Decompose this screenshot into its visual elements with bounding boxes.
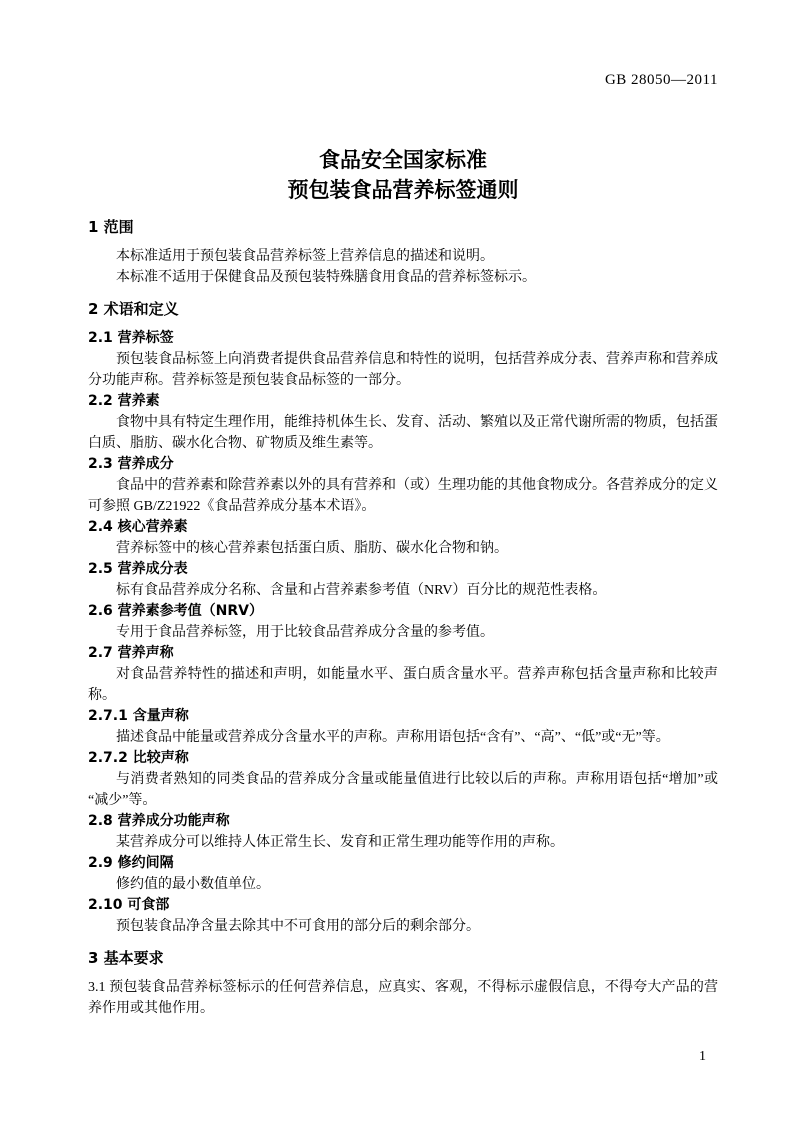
paragraph: 与消费者熟知的同类食品的营养成分含量或能量值进行比较以后的声称。声称用语包括“增… bbox=[88, 769, 718, 811]
paragraph: 专用于食品营养标签，用于比较食品营养成分含量的参考值。 bbox=[88, 622, 718, 643]
page-number: 1 bbox=[699, 1048, 706, 1066]
clause-heading: 2.6 营养素参考值（NRV） bbox=[88, 601, 718, 622]
paragraph: 营养标签中的核心营养素包括蛋白质、脂肪、碳水化合物和钠。 bbox=[88, 538, 718, 559]
clause-heading: 2.2 营养素 bbox=[88, 391, 718, 412]
clause-heading: 2.10 可食部 bbox=[88, 895, 718, 916]
document-title-line1: 食品安全国家标准 bbox=[88, 145, 718, 175]
paragraph: 食品中的营养素和除营养素以外的具有营养和（或）生理功能的其他食物成分。各营养成分… bbox=[88, 475, 718, 517]
section-heading: 3 基本要求 bbox=[88, 948, 718, 969]
clause-heading: 2.7 营养声称 bbox=[88, 643, 718, 664]
clause-heading: 2.3 营养成分 bbox=[88, 454, 718, 475]
document-body: 1 范围本标准适用于预包装食品营养标签上营养信息的描述和说明。本标准不适用于保健… bbox=[88, 217, 718, 1019]
clause-heading: 2.8 营养成分功能声称 bbox=[88, 811, 718, 832]
clause-heading: 2.7.2 比较声称 bbox=[88, 748, 718, 769]
clause-heading: 2.5 营养成分表 bbox=[88, 559, 718, 580]
paragraph: 本标准不适用于保健食品及预包装特殊膳食用食品的营养标签标示。 bbox=[88, 267, 718, 288]
document-title-line2: 预包装食品营养标签通则 bbox=[88, 175, 718, 205]
standard-number: GB 28050—2011 bbox=[88, 72, 718, 89]
title-block: 食品安全国家标准 预包装食品营养标签通则 bbox=[88, 145, 718, 205]
document-page: GB 28050—2011 食品安全国家标准 预包装食品营养标签通则 1 范围本… bbox=[0, 0, 794, 1123]
paragraph: 预包装食品净含量去除其中不可食用的部分后的剩余部分。 bbox=[88, 916, 718, 937]
paragraph: 本标准适用于预包装食品营养标签上营养信息的描述和说明。 bbox=[88, 246, 718, 267]
clause-heading: 2.7.1 含量声称 bbox=[88, 706, 718, 727]
paragraph: 标有食品营养成分名称、含量和占营养素参考值（NRV）百分比的规范性表格。 bbox=[88, 580, 718, 601]
paragraph: 预包装食品标签上向消费者提供食品营养信息和特性的说明，包括营养成分表、营养声称和… bbox=[88, 349, 718, 391]
paragraph: 食物中具有特定生理作用，能维持机体生长、发育、活动、繁殖以及正常代谢所需的物质，… bbox=[88, 412, 718, 454]
section-heading: 1 范围 bbox=[88, 217, 718, 238]
paragraph: 3.1 预包装食品营养标签标示的任何营养信息，应真实、客观，不得标示虚假信息，不… bbox=[88, 977, 718, 1019]
paragraph: 对食品营养特性的描述和声明，如能量水平、蛋白质含量水平。营养声称包括含量声称和比… bbox=[88, 664, 718, 706]
clause-heading: 2.4 核心营养素 bbox=[88, 517, 718, 538]
paragraph: 某营养成分可以维持人体正常生长、发育和正常生理功能等作用的声称。 bbox=[88, 832, 718, 853]
section-heading: 2 术语和定义 bbox=[88, 299, 718, 320]
clause-heading: 2.1 营养标签 bbox=[88, 328, 718, 349]
paragraph: 修约值的最小数值单位。 bbox=[88, 874, 718, 895]
paragraph: 描述食品中能量或营养成分含量水平的声称。声称用语包括“含有”、“高”、“低”或“… bbox=[88, 727, 718, 748]
clause-heading: 2.9 修约间隔 bbox=[88, 853, 718, 874]
